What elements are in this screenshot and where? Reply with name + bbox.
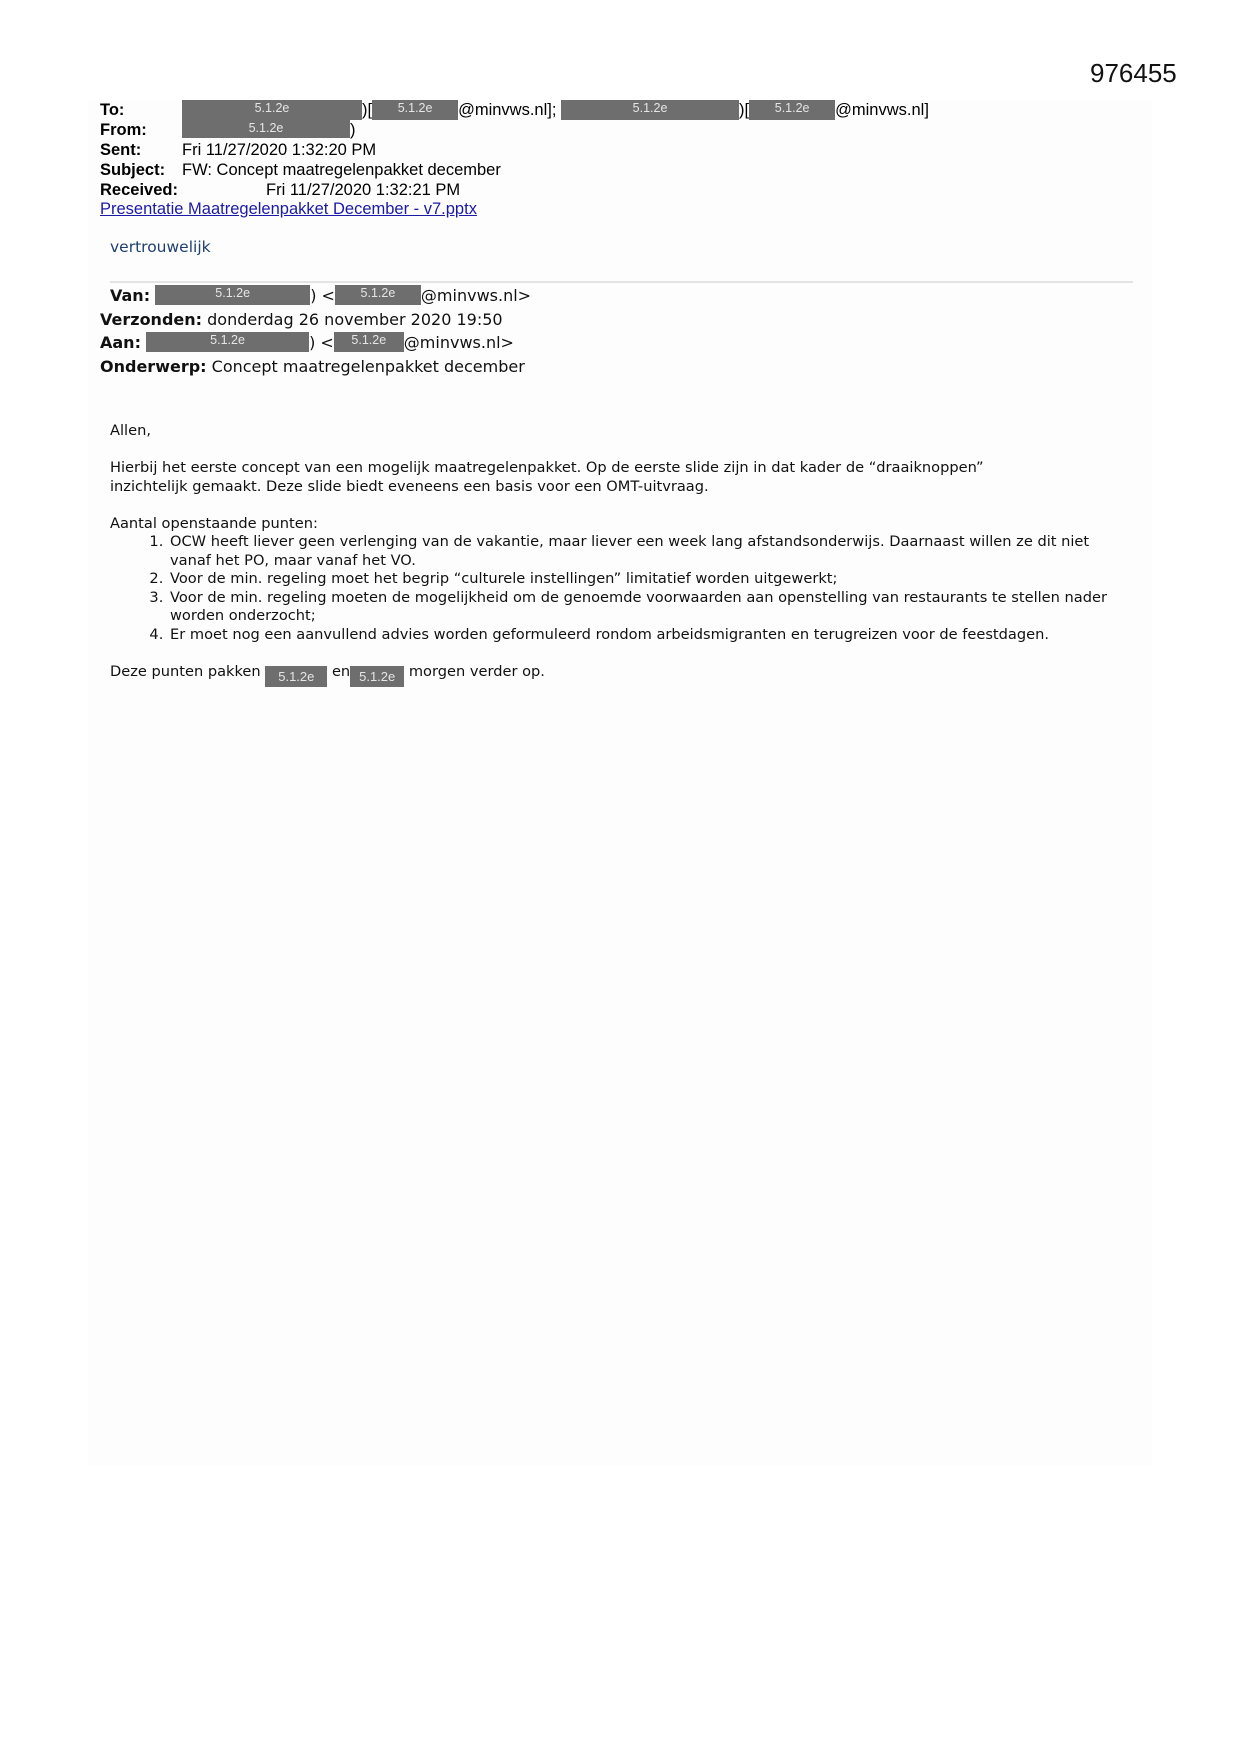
classification-label: vertrouwelijk [110,238,211,256]
to-domain: @minvws.nl]; [458,101,556,119]
header-divider [110,281,1133,283]
subject-value: FW: Concept maatregelenpakket december [182,160,501,180]
subject-label: Subject: [100,160,165,180]
redaction: 5.1.2e [155,285,310,305]
redaction: 5.1.2e [350,666,404,687]
aan-label: Aan: [100,333,141,352]
open-points-list: OCW heeft liever geen verlenging van de … [110,533,1130,644]
intro-line-1: Hierbij het eerste concept van een mogel… [110,459,1130,478]
to-separator: )[ [362,101,372,119]
greeting: Allen, [110,422,1130,441]
from-label: From: [100,120,147,140]
aan-row: Aan: 5.1.2e) <5.1.2e@minvws.nl> [100,331,531,355]
from-value: 5.1.2e) [182,120,356,140]
received-value: Fri 11/27/2020 1:32:21 PM [266,180,460,200]
forwarded-header: Van: 5.1.2e) <5.1.2e@minvws.nl> Verzonde… [100,284,531,378]
closing-and: en [332,663,350,680]
closing-line: Deze punten pakken 5.1.2e en5.1.2e morge… [110,663,1130,687]
list-item: OCW heeft liever geen verlenging van de … [168,533,1130,570]
redaction: 5.1.2e [561,100,739,120]
received-label: Received: [100,180,178,200]
van-row: Van: 5.1.2e) <5.1.2e@minvws.nl> [100,284,531,308]
redaction: 5.1.2e [182,120,350,138]
onderwerp-value: Concept maatregelenpakket december [212,357,525,376]
onderwerp-label: Onderwerp: [100,357,207,376]
aan-domain: @minvws.nl> [404,333,514,352]
points-heading: Aantal openstaande punten: [110,515,1130,534]
to-label: To: [100,100,124,120]
document-number: 976455 [1090,58,1177,89]
van-label: Van: [110,286,150,305]
van-separator: ) < [310,286,335,305]
sent-label: Sent: [100,140,141,160]
redaction: 5.1.2e [182,100,362,120]
onderwerp-row: Onderwerp: Concept maatregelenpakket dec… [100,355,531,379]
to-separator: )[ [739,101,749,119]
intro-line-2: inzichtelijk gemaakt. Deze slide biedt e… [110,478,1130,497]
redaction: 5.1.2e [749,100,835,120]
redaction: 5.1.2e [265,666,327,687]
to-domain: @minvws.nl] [835,101,929,119]
list-item: Voor de min. regeling moeten de mogelijk… [168,589,1130,626]
aan-separator: ) < [309,333,334,352]
sent-value: Fri 11/27/2020 1:32:20 PM [182,140,376,160]
verzonden-value: donderdag 26 november 2020 19:50 [207,310,502,329]
van-domain: @minvws.nl> [421,286,531,305]
verzonden-label: Verzonden: [100,310,202,329]
redaction: 5.1.2e [372,100,458,120]
to-value: 5.1.2e)[5.1.2e@minvws.nl]; 5.1.2e)[5.1.2… [182,100,929,120]
email-body: Allen, Hierbij het eerste concept van ee… [110,422,1130,687]
list-item: Er moet nog een aanvullend advies worden… [168,626,1130,645]
verzonden-row: Verzonden: donderdag 26 november 2020 19… [100,308,531,332]
redaction: 5.1.2e [146,332,309,352]
attachment-link[interactable]: Presentatie Maatregelenpakket December -… [100,200,477,219]
from-close: ) [350,121,356,139]
list-item: Voor de min. regeling moet het begrip “c… [168,570,1130,589]
redaction: 5.1.2e [334,332,404,352]
closing-prefix: Deze punten pakken [110,663,261,680]
closing-suffix: morgen verder op. [409,663,545,680]
redaction: 5.1.2e [335,285,421,305]
